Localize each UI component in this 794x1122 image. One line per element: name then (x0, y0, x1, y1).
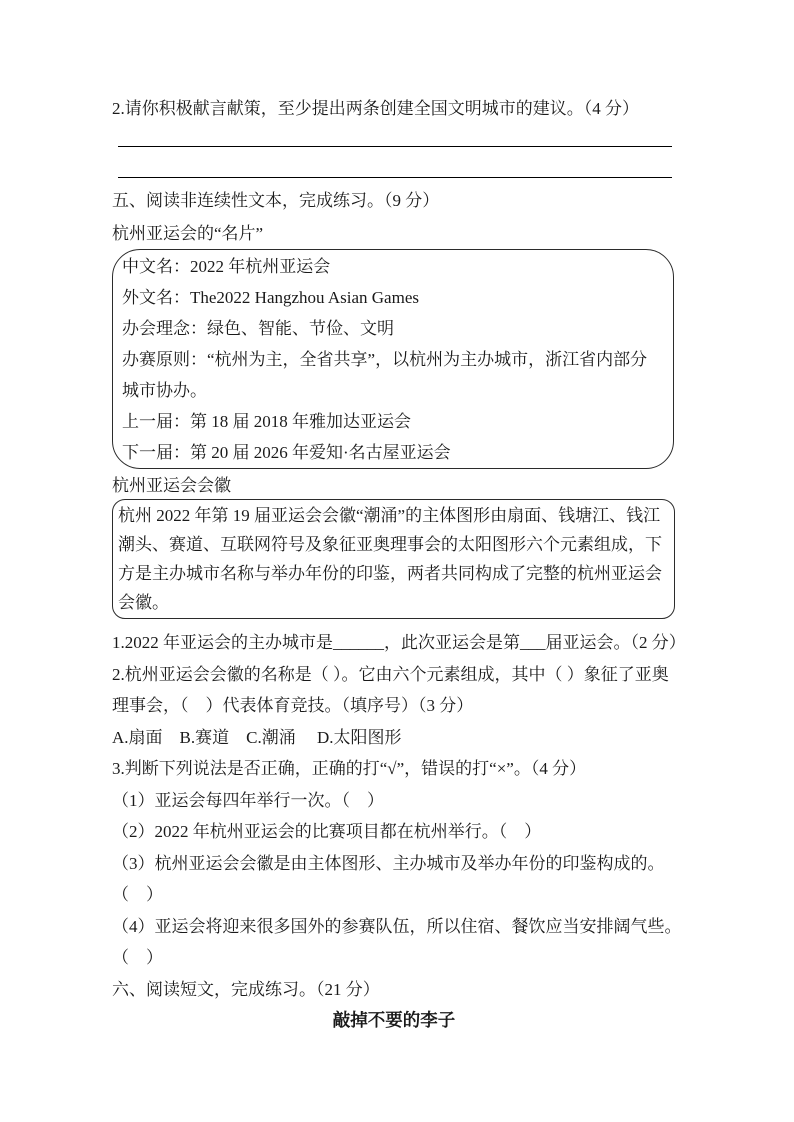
passage-title: 敲掉不要的李子 (112, 1005, 676, 1037)
card-field-next-games: 下一届：第 20 届 2026 年爱知·名古屋亚运会 (122, 437, 661, 468)
card-field-concept: 办会理念：绿色、智能、节俭、文明 (122, 313, 661, 344)
judge-item-2: （2）2022 年杭州亚运会的比赛项目都在杭州举行。（ ） (112, 816, 676, 848)
card-field-principle: 办赛原则：“杭州为主，全省共享”，以杭州为主办城市，浙江省内部分城市协办。 (122, 344, 661, 406)
judge-item-3: （3）杭州亚运会会徽是由主体图形、主办城市及举办年份的印鉴构成的。 (112, 848, 676, 880)
answer-write-line-2 (118, 177, 672, 178)
card-field-foreign-name: 外文名：The2022 Hangzhou Asian Games (122, 282, 661, 313)
section5-heading: 五、阅读非连续性文本，完成练习。（9 分） (112, 185, 676, 216)
exam-document-page: 2.请你积极献言献策，至少提出两条创建全国文明城市的建议。（4 分） 五、阅读非… (0, 0, 794, 1122)
judge-item-1: （1）亚运会每四年举行一次。（ ） (112, 785, 676, 817)
question-choice-2: 2.杭州亚运会会徽的名称是（ ）。它由六个元素组成，其中（ ）象征了亚奥理事会，… (112, 659, 676, 722)
card-field-chinese-name: 中文名：2022 年杭州亚运会 (122, 251, 661, 282)
judge-item-4: （4）亚运会将迎来很多国外的参赛队伍，所以住宿、餐饮应当安排阔气些。 (112, 911, 676, 943)
info-card-title: 杭州亚运会的“名片” (112, 218, 676, 249)
question-judge-3: 3.判断下列说法是否正确，正确的打“√”，错误的打“×”。（4 分） (112, 753, 676, 785)
section5-questions: 1.2022 年亚运会的主办城市是______，此次亚运会是第___届亚运会。（… (112, 627, 676, 1037)
question-fill-blank-1: 1.2022 年亚运会的主办城市是______，此次亚运会是第___届亚运会。（… (112, 627, 676, 659)
answer-write-line-1 (118, 146, 672, 147)
emblem-description-text: 杭州 2022 年第 19 届亚运会会徽“潮涌”的主体图形由扇面、钱塘江、钱江潮… (118, 501, 664, 617)
emblem-section-title: 杭州亚运会会徽 (112, 473, 676, 499)
page-content: 2.请你积极献言献策，至少提出两条创建全国文明城市的建议。（4 分） 五、阅读非… (0, 0, 794, 1037)
card-field-previous-games: 上一届：第 18 届 2018 年雅加达亚运会 (122, 406, 661, 437)
question-2-prompt: 2.请你积极献言献策，至少提出两条创建全国文明城市的建议。（4 分） (112, 93, 676, 124)
section6-heading: 六、阅读短文，完成练习。（21 分） (112, 974, 676, 1006)
asian-games-info-card: 中文名：2022 年杭州亚运会 外文名：The2022 Hangzhou Asi… (112, 249, 674, 469)
judge-item-4-answer-parens: （ ） (112, 942, 676, 974)
judge-item-3-answer-parens: （ ） (112, 879, 676, 911)
emblem-description-box: 杭州 2022 年第 19 届亚运会会徽“潮涌”的主体图形由扇面、钱塘江、钱江潮… (112, 499, 675, 619)
question-2-options: A.扇面 B.赛道 C.潮涌 D.太阳图形 (112, 722, 676, 754)
